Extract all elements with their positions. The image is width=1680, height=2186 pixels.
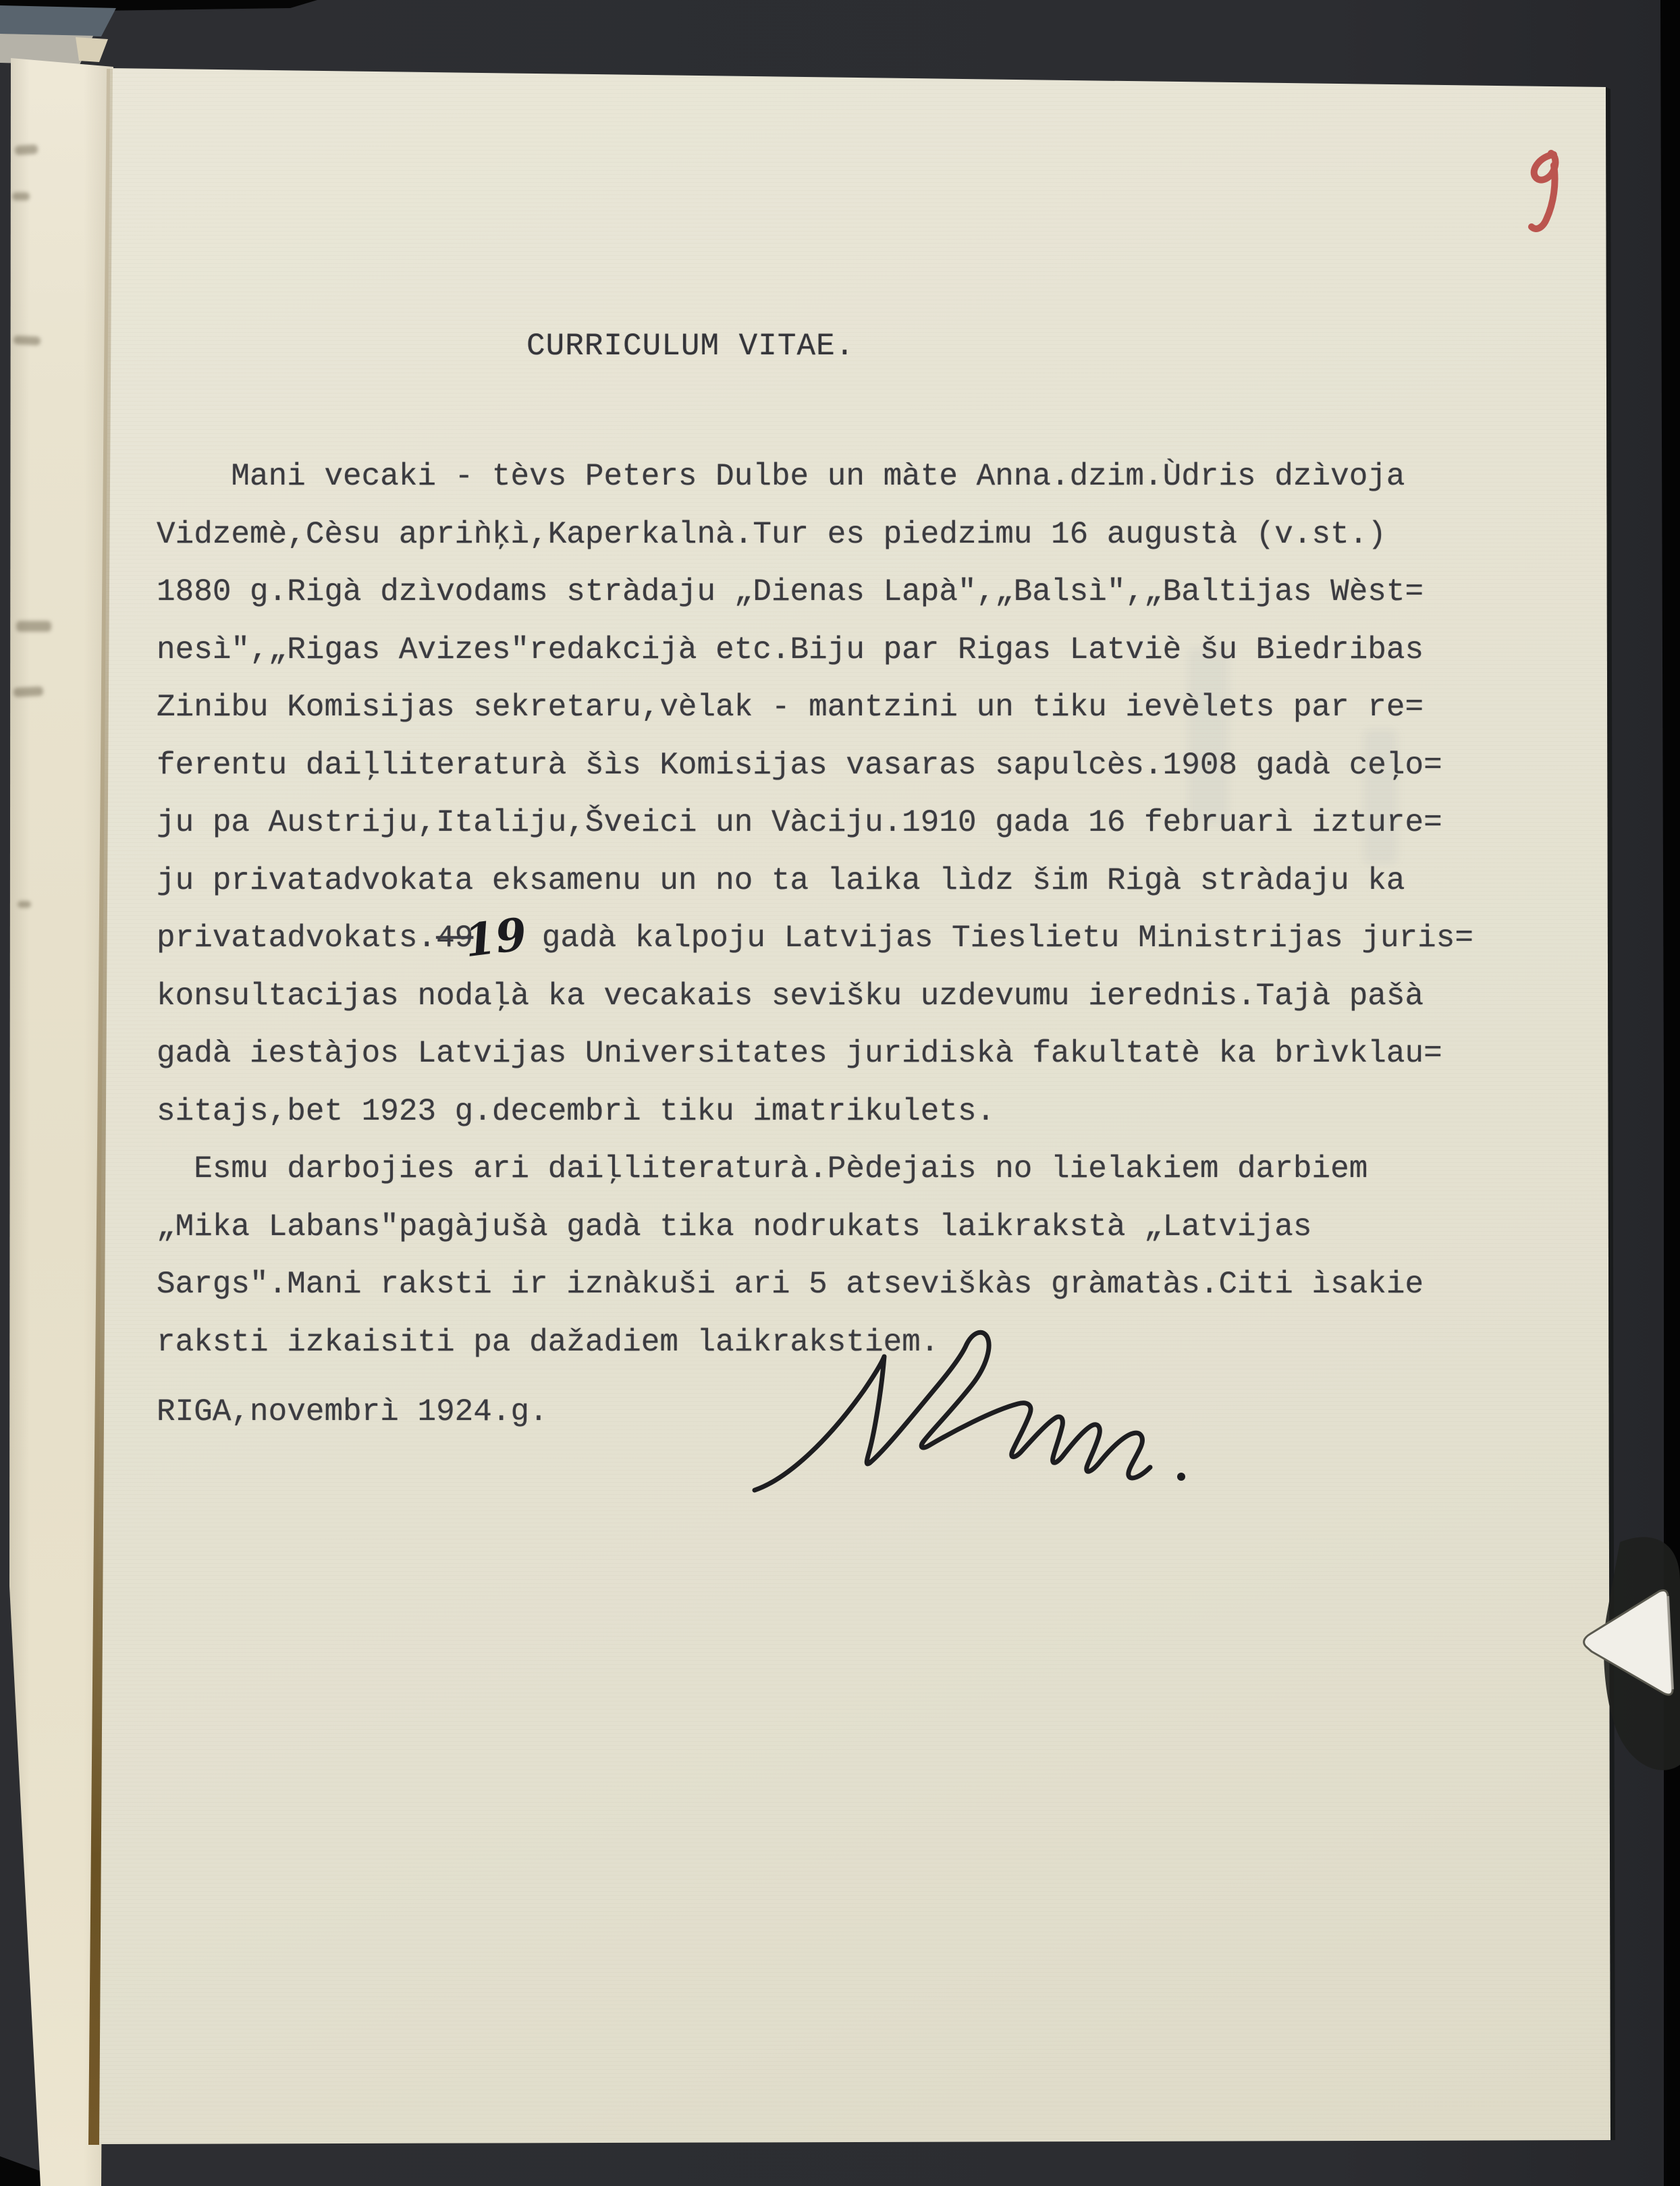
page-holder-shadow-and-clip [1579, 1522, 1680, 1792]
smudge [15, 144, 38, 155]
typed-line: sitajs,bet 1923 g.decembrì tiku imatriku… [157, 1083, 1513, 1141]
typed-line: Zinibu Komisijas sekretaru,vèlak - mantz… [157, 679, 1513, 737]
document-body: Mani vecaki - tèvs Peters Dulbe un màte … [157, 448, 1513, 1371]
typed-line: konsultacijas nodaļà ka vecakais sevišku… [157, 968, 1513, 1026]
typed-line: Sargs".Mani raksti ir iznàkuši ari 5 ats… [157, 1256, 1513, 1314]
typed-line: ju pa Austriju,Italiju,Šveici un Vàciju.… [157, 794, 1513, 852]
handwritten-signature [749, 1309, 1262, 1512]
typed-line: gadà iestàjos Latvijas Universitates jur… [157, 1025, 1513, 1083]
smudge [18, 901, 31, 908]
handwritten-correction: 19 [465, 933, 526, 941]
closing-line: RIGA,novembrì 1924.g. [157, 1394, 548, 1429]
typed-line: Mani vecaki - tèvs Peters Dulbe un màte … [157, 448, 1513, 506]
smudge [13, 335, 41, 346]
typed-line: Esmu darbojies ari daiļliteraturà.Pèdeja… [157, 1141, 1513, 1199]
typed-line: privatadvokats.4919 gadà kalpoju Latvija… [157, 910, 1513, 968]
smudge [12, 192, 30, 200]
document-title: CURRICULUM VITAE. [526, 329, 855, 364]
typed-line: Vidzemè,Cèsu apriǹķì,Kaperkalnà.Tur es p… [157, 506, 1513, 564]
smudge [16, 621, 51, 632]
typed-line: 1880 g.Rigà dzìvodams stràdaju „Dienas L… [157, 564, 1513, 622]
typed-line: ferentu daiļliteraturà šìs Komisijas vas… [157, 737, 1513, 795]
typed-line: ju privatadvokata eksamenu un no ta laik… [157, 852, 1513, 910]
handwritten-page-number [1512, 138, 1579, 246]
scanned-document-page: CURRICULUM VITAE. Mani vecaki - tèvs Pet… [0, 0, 1680, 2186]
typed-line: nesì",„Rigas Avizes"redakcijà etc.Biju p… [157, 622, 1513, 680]
typed-line: „Mika Labans"pagàjušà gadà tika nodrukat… [157, 1199, 1513, 1257]
smudge [13, 686, 44, 697]
typed-segment: gadà kalpoju Latvijas Tieslietu Ministri… [523, 921, 1473, 956]
typed-segment: privatadvokats. [157, 921, 436, 956]
